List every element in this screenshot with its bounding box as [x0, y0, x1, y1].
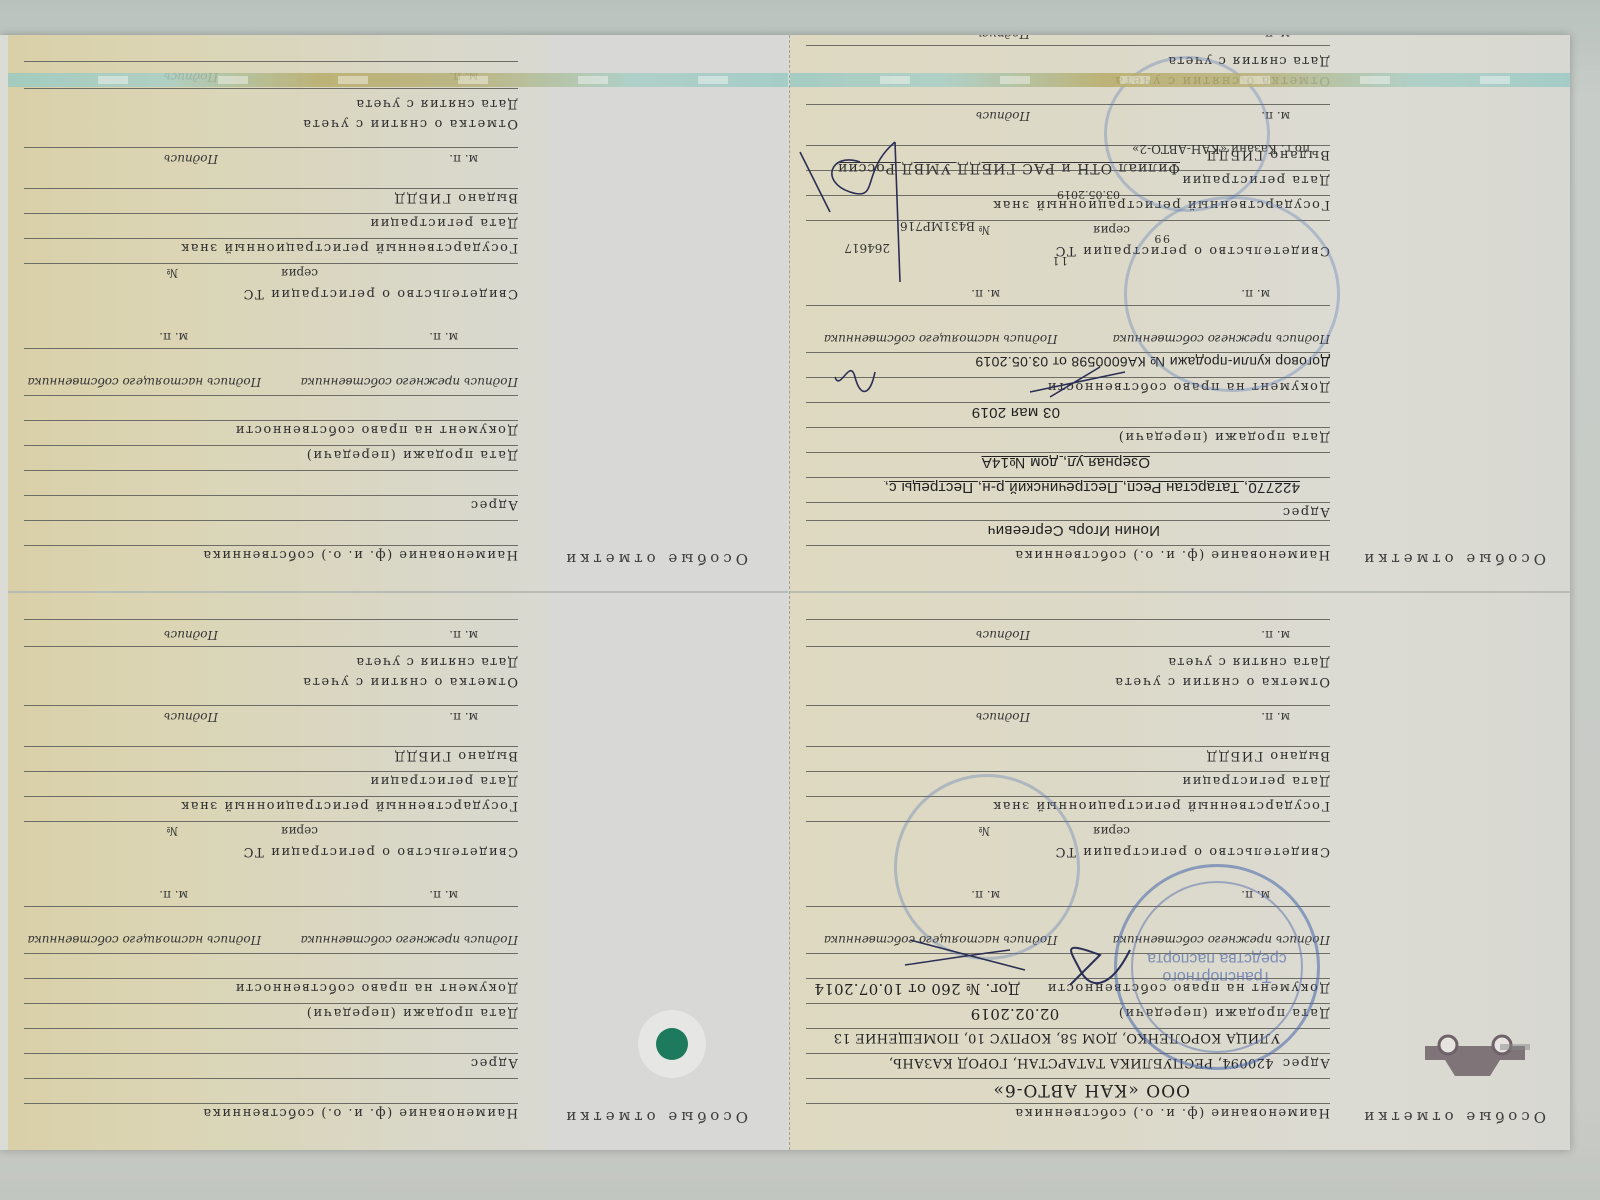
reg-cert-heading: Свидетельство о регистрации ТС: [24, 286, 518, 312]
document-spread: Особые отметки Наименование (ф. и. о.) с…: [0, 0, 1600, 1200]
entry-block-1: Особые отметки Наименование (ф. и. о.) с…: [790, 591, 1570, 1150]
dereg-mark-heading: Отметка о снятии с учета: [24, 669, 518, 689]
reg-date-field[interactable]: Дата регистрации: [806, 771, 1330, 796]
green-dot-marker: [656, 1028, 688, 1060]
owner-name-value: Ионин Игорь Сергеевич: [987, 522, 1160, 539]
reg-date-value: 03.05.2019: [1057, 188, 1120, 201]
sale-date-field[interactable]: Дата продажи (передачи): [24, 1003, 518, 1028]
security-band: [8, 73, 788, 87]
stamp-dealer-2: [1124, 196, 1340, 392]
owner-signatures-row[interactable]: Подпись прежнего собственника Подпись на…: [24, 348, 518, 395]
address-line1-row: 422770, Татарстан Респ, Пестречинский р-…: [806, 477, 1330, 502]
registration-signature-row[interactable]: м. п. Подпись: [24, 147, 518, 188]
entry-form-3: Наименование (ф. и. о.) собственника Адр…: [24, 619, 518, 1128]
dereg-date-field[interactable]: Дата снятия с учета: [806, 45, 1330, 68]
owner-signatures-row[interactable]: Подпись прежнего собственника Подпись на…: [24, 906, 518, 953]
address-field[interactable]: Адрес: [806, 502, 1330, 520]
owner-name-field[interactable]: Наименование (ф. и. о.) собственника: [806, 1103, 1330, 1128]
sig-curr-owner-label: Подпись настоящего собственника: [806, 332, 1058, 346]
signature-prev-owner: [1050, 930, 1140, 1000]
reg-date-field[interactable]: Дата регистрации: [24, 771, 518, 796]
owner-name-value-row: Ионин Игорь Сергеевич: [806, 520, 1330, 545]
stamp-places-row: м. п. м. п.: [24, 884, 518, 906]
address-line2-row: Озерная ул, дом №14А: [806, 452, 1330, 477]
state-plate-field[interactable]: Государственный регистрационный знак: [24, 796, 518, 821]
stamp-places-row: м. п. м. п.: [24, 326, 518, 348]
registration-signature-row[interactable]: м. п. Подпись: [806, 705, 1330, 746]
section-title: Особые отметки: [1360, 550, 1546, 568]
reg-series-bottom: 11: [1051, 254, 1068, 267]
dereg-signature-row[interactable]: м. п. Подпись: [806, 35, 1330, 45]
state-plate-field[interactable]: Государственный регистрационный знак: [806, 796, 1330, 821]
ownership-doc-field[interactable]: Документ на право собственности: [24, 420, 518, 445]
signature-prev-owner: [1020, 362, 1130, 402]
sale-date-field[interactable]: Дата продажи (передачи): [24, 445, 518, 470]
security-band: [790, 73, 1570, 87]
signature-registrar: [790, 132, 920, 292]
issued-by-field[interactable]: Выдано ГИБДД: [806, 746, 1330, 771]
sale-date-value: 03 мая 2019: [972, 404, 1060, 421]
sale-date-field[interactable]: Дата продажи (передачи): [806, 427, 1330, 452]
section-title: Особые отметки: [562, 550, 748, 568]
address-field[interactable]: Адрес: [24, 495, 518, 520]
owner-name-line2[interactable]: [24, 520, 518, 545]
ownership-doc-field[interactable]: Документ на право собственности: [24, 978, 518, 1003]
page-blank: Особые отметки Наименование (ф. и. о.) с…: [8, 35, 788, 1150]
ownership-doc-value: Дог. № 260 от 10.07.2014: [814, 980, 1020, 998]
address-line2[interactable]: [24, 1028, 518, 1053]
vehicle-passport-sheet: Особые отметки Наименование (ф. и. о.) с…: [0, 35, 1570, 1150]
stamp-transport-passport: Транспортного средства паспорта: [1114, 864, 1320, 1070]
reg-date-field[interactable]: Дата регистрации: [24, 213, 518, 238]
owner-name-field[interactable]: Наименование (ф. и. о.) собственника: [24, 1103, 518, 1128]
dereg-date-field[interactable]: Дата снятия с учета: [24, 646, 518, 669]
dereg-mark-heading: Отметка о снятии с учета: [24, 111, 518, 131]
reg-series-number-row[interactable]: серия №: [24, 821, 518, 844]
signature-curr-owner: [900, 930, 1030, 980]
dereg-date-field[interactable]: Дата снятия с учета: [806, 646, 1330, 669]
car-logo-icon: [1420, 1020, 1530, 1090]
entry-block-2: Особые отметки Наименование (ф. и. о.) с…: [790, 35, 1570, 592]
owner-name-value-row: ООО «КАН АВТО-6»: [806, 1078, 1330, 1103]
owner-name-field[interactable]: Наименование (ф. и. о.) собственника: [24, 545, 518, 570]
entry-block-3: Особые отметки Наименование (ф. и. о.) с…: [8, 591, 788, 1150]
owner-name-field[interactable]: Наименование (ф. и. о.) собственника: [806, 545, 1330, 570]
blank-row: [24, 953, 518, 978]
dereg-mark-heading: Отметка о снятии с учета: [806, 669, 1330, 689]
owner-name-value: ООО «КАН АВТО-6»: [993, 1080, 1190, 1100]
address-field[interactable]: Адрес: [24, 1053, 518, 1078]
entry-form-4: Наименование (ф. и. о.) собственника Адр…: [24, 61, 518, 570]
issued-by-field[interactable]: Выдано ГИБДД: [24, 188, 518, 213]
dereg-signature-row[interactable]: м. п. Подпись: [806, 619, 1330, 646]
state-plate-field[interactable]: Государственный регистрационный знак: [24, 238, 518, 263]
signature-curr-owner: [830, 362, 880, 402]
address-line2[interactable]: [24, 470, 518, 495]
page-filled: Особые отметки Наименование (ф. и. о.) с…: [789, 35, 1570, 1150]
sale-date-value-row: 03 мая 2019: [806, 402, 1330, 427]
sale-date-value: 02.02.2019: [970, 1005, 1059, 1023]
section-title: Особые отметки: [1360, 1108, 1546, 1126]
registration-signature-row[interactable]: м. п. Подпись: [24, 705, 518, 746]
issued-by-field[interactable]: Выдано ГИБДД: [24, 746, 518, 771]
section-title: Особые отметки: [562, 1108, 748, 1126]
owner-name-line2[interactable]: [24, 1078, 518, 1103]
address-value-line1: 422770, Татарстан Респ, Пестречинский р-…: [884, 479, 1300, 496]
reg-series-number-row[interactable]: серия №: [24, 263, 518, 286]
address-value-line2: Озерная ул, дом №14А: [981, 454, 1150, 471]
dereg-signature-row[interactable]: м. п. Подпись: [24, 619, 518, 646]
reg-cert-heading: Свидетельство о регистрации ТС: [24, 844, 518, 870]
entry-block-4: Особые отметки Наименование (ф. и. о.) с…: [8, 35, 788, 592]
dereg-date-field[interactable]: Дата снятия с учета: [24, 88, 518, 111]
blank-row: [24, 395, 518, 420]
